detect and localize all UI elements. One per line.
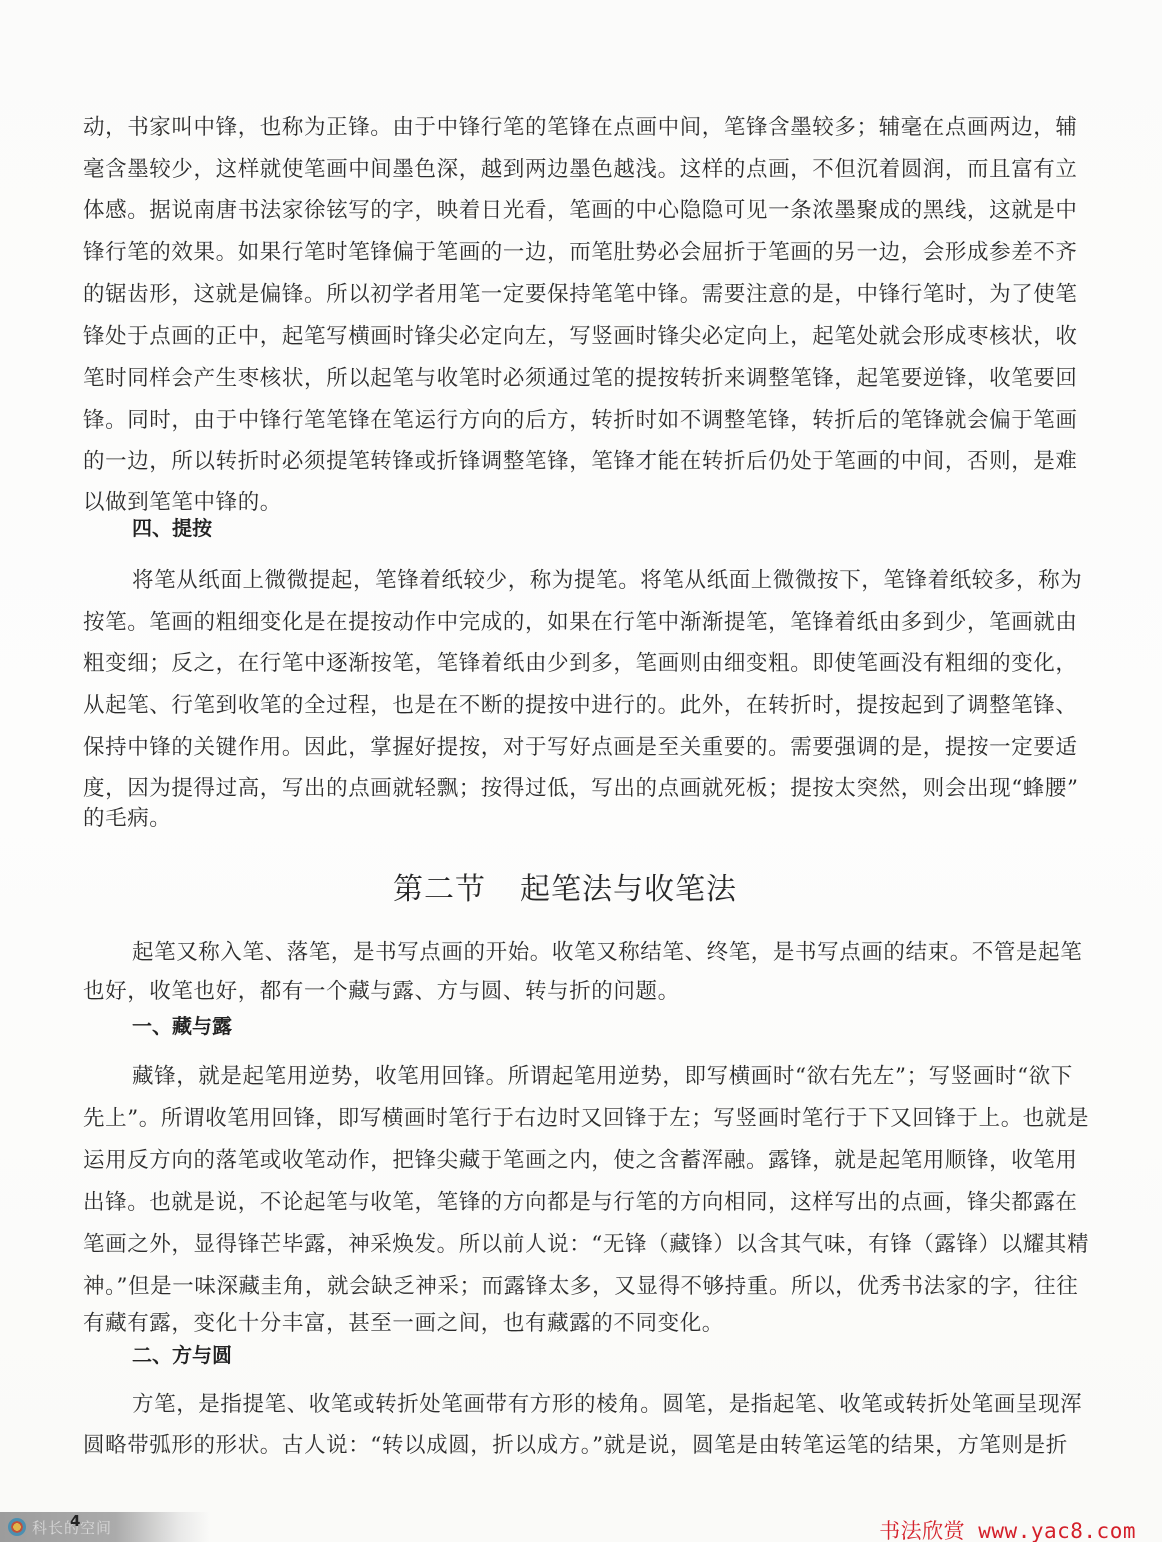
text-line: 锋行笔的效果。如果行笔时笔锋偏于笔画的一边，而笔肚势必会屈折于笔画的另一边，会形… [83,238,1060,268]
text-line: 从起笔、行笔到收笔的全过程，也是在不断的提按中进行的。此外，在转折时，提按起到了… [83,691,1060,721]
text-line: 锋处于点画的正中，起笔写横画时锋尖必定向左，写竖画时锋尖必定向上，起笔处就会形成… [83,322,1060,352]
page-number: 4 [70,1512,80,1530]
watermark-right-text: 书法欣赏 www.yac8.com [879,1515,1136,1542]
text-line: 方笔，是指提笔、收笔或转折处笔画带有方形的棱角。圆笔，是指起笔、收笔或转折处笔画… [132,1390,1060,1420]
text-line: 将笔从纸面上微微提起，笔锋着纸较少，称为提笔。将笔从纸面上微微按下，笔锋着纸较多… [132,566,1060,596]
text-line: 笔时同样会产生枣核状，所以起笔与收笔时必须通过笔的提按转折来调整笔锋，起笔要逆锋… [83,364,1060,394]
section-title: 第二节起笔法与收笔法 [0,870,1130,910]
globe-logo-icon [8,1518,26,1536]
text-line: 圆略带弧形的形状。古人说：“转以成圆，折以成方。”就是说，圆笔是由转笔运笔的结果… [83,1431,1060,1461]
section-number: 第二节 [393,872,486,907]
text-line: 毫含墨较少，这样就使笔画中间墨色深，越到两边墨色越浅。这样的点画，不但沉着圆润，… [83,155,1060,185]
subheading-fang-yuan: 二、方与圆 [132,1341,232,1369]
text-line: 有藏有露，变化十分丰富，甚至一画之间，也有藏露的不同变化。 [83,1309,1060,1339]
text-line: 以做到笔笔中锋的。 [83,488,1060,518]
book-page: 动，书家叫中锋，也称为正锋。由于中锋行笔的笔锋在点画中间，笔锋含墨较多；辅毫在点… [0,0,1162,1542]
watermark-banner-left: 科长的空间 [0,1512,210,1542]
text-line: 保持中锋的关键作用。因此，掌握好提按，对于写好点画是至关重要的。需要强调的是，提… [83,733,1060,763]
subheading-cang-lu: 一、藏与露 [132,1012,232,1040]
text-line: 的毛病。 [83,804,1060,834]
text-line: 粗变细；反之，在行笔中逐渐按笔，笔锋着纸由少到多，笔画则由细变粗。即使笔画没有粗… [83,649,1060,679]
text-line: 藏锋，就是起笔用逆势，收笔用回锋。所谓起笔用逆势，即写横画时“欲右先左”；写竖画… [132,1062,1060,1092]
text-line: 的锯齿形，这就是偏锋。所以初学者用笔一定要保持笔笔中锋。需要注意的是，中锋行笔时… [83,280,1060,310]
section-name: 起笔法与收笔法 [520,872,737,907]
text-line: 先上”。所谓收笔用回锋，即写横画时笔行于右边时又回锋于左；写竖画时笔行于下又回锋… [83,1104,1060,1134]
text-line: 也好，收笔也好，都有一个藏与露、方与圆、转与折的问题。 [83,977,1060,1007]
text-line: 度，因为提得过高，写出的点画就轻飘；按得过低，写出的点画就死板；提按太突然，则会… [83,774,1060,804]
text-line: 神。”但是一味深藏圭角，就会缺乏神采；而露锋太多，又显得不够持重。所以，优秀书法… [83,1272,1060,1302]
text-line: 出锋。也就是说，不论起笔与收笔，笔锋的方向都是与行笔的方向相同，这样写出的点画，… [83,1188,1060,1218]
text-line: 按笔。笔画的粗细变化是在提按动作中完成的，如果在行笔中渐渐提笔，笔锋着纸由多到少… [83,608,1060,638]
text-line: 体感。据说南唐书法家徐铉写的字，映着日光看，笔画的中心隐隐可见一条浓墨聚成的黑线… [83,196,1060,226]
text-line: 笔画之外，显得锋芒毕露，神采焕发。所以前人说：“无锋（藏锋）以含其气味，有锋（露… [83,1230,1060,1260]
text-line: 锋。同时，由于中锋行笔笔锋在笔运行方向的后方，转折时如不调整笔锋，转折后的笔锋就… [83,406,1060,436]
text-line: 运用反方向的落笔或收笔动作，把锋尖藏于笔画之内，使之含蓄浑融。露锋，就是起笔用顺… [83,1146,1060,1176]
text-line: 的一边，所以转折时必须提笔转锋或折锋调整笔锋，笔锋才能在转折后仍处于笔画的中间，… [83,447,1060,477]
text-line: 起笔又称入笔、落笔，是书写点画的开始。收笔又称结笔、终笔，是书写点画的结束。不管… [132,938,1060,968]
text-line: 动，书家叫中锋，也称为正锋。由于中锋行笔的笔锋在点画中间，笔锋含墨较多；辅毫在点… [83,113,1060,143]
subheading-tian: 四、提按 [132,514,212,542]
